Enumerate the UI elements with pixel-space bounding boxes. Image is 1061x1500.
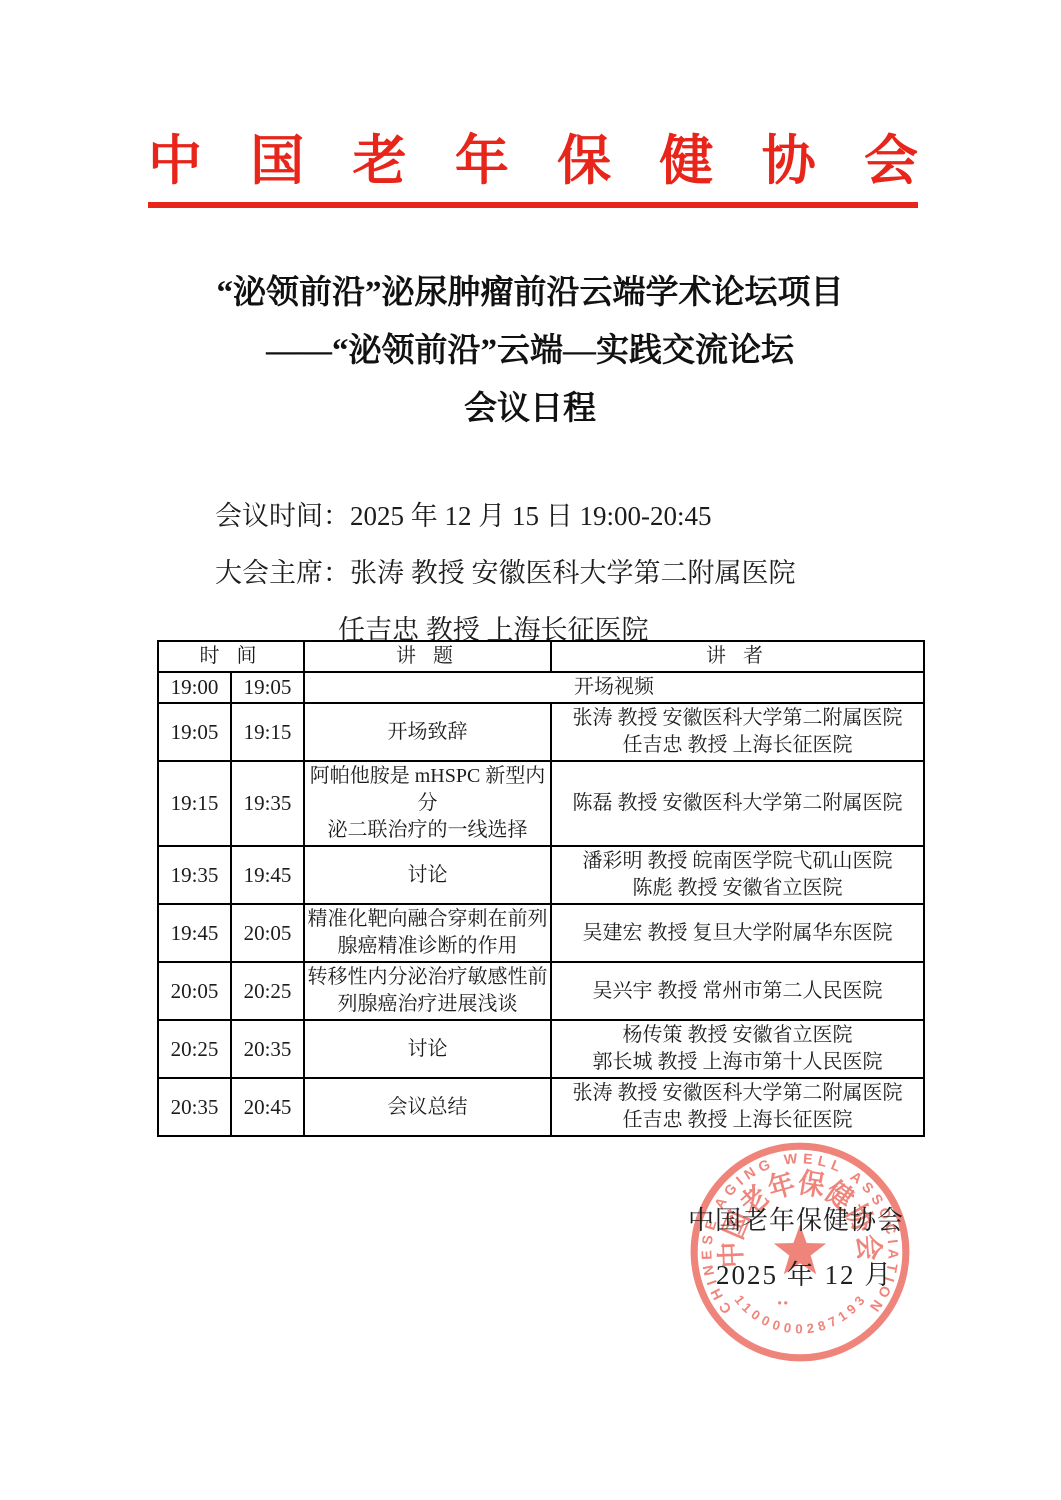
cell-topic: 精准化靶向融合穿刺在前列 腺癌精准诊断的作用 <box>304 904 551 962</box>
header-topic: 讲 题 <box>304 641 551 672</box>
cell-topic: 讨论 <box>304 846 551 904</box>
table-row: 19:45 20:05 精准化靶向融合穿刺在前列 腺癌精准诊断的作用 吴建宏 教… <box>158 904 924 962</box>
footer-org-name: 中国老年保健协会 <box>688 1200 904 1237</box>
cell-speaker: 张涛 教授 安徽医科大学第二附属医院 任吉忠 教授 上海长征医院 <box>551 1078 924 1136</box>
official-seal-stamp: CHINESE AGING WELL ASSOCIATION 110000028… <box>686 1138 914 1366</box>
cell-start-time: 19:45 <box>158 904 231 962</box>
cell-start-time: 19:35 <box>158 846 231 904</box>
cell-end-time: 19:45 <box>231 846 304 904</box>
cell-topic: 会议总结 <box>304 1078 551 1136</box>
cell-start-time: 19:05 <box>158 703 231 761</box>
table-row: 19:35 19:45 讨论 潘彩明 教授 皖南医学院弋矶山医院 陈彪 教授 安… <box>158 846 924 904</box>
cell-topic: 转移性内分泌治疗敏感性前 列腺癌治疗进展浅谈 <box>304 962 551 1020</box>
cell-speaker: 吴兴宇 教授 常州市第二人民医院 <box>551 962 924 1020</box>
cell-end-time: 20:25 <box>231 962 304 1020</box>
table-header-row: 时 间 讲 题 讲 者 <box>158 641 924 672</box>
title-line-3: 会议日程 <box>75 380 985 438</box>
meeting-time: 会议时间：2025 年 12 月 15 日 19:00-20:45 <box>215 494 712 533</box>
cell-speaker: 吴建宏 教授 复旦大学附属华东医院 <box>551 904 924 962</box>
seal-graphic: CHINESE AGING WELL ASSOCIATION 110000028… <box>686 1138 914 1366</box>
header-time: 时 间 <box>158 641 304 672</box>
table-row: 20:35 20:45 会议总结 张涛 教授 安徽医科大学第二附属医院 任吉忠 … <box>158 1078 924 1136</box>
document-page: 中国老年保健协会 “泌领前沿”泌尿肿瘤前沿云端学术论坛项目 ——“泌领前沿”云端… <box>0 0 1061 1500</box>
cell-topic: 阿帕他胺是 mHSPC 新型内分 泌二联治疗的一线选择 <box>304 761 551 846</box>
seal-dot <box>778 1301 781 1304</box>
cell-speaker: 杨传策 教授 安徽省立医院 郭长城 教授 上海市第十人民医院 <box>551 1020 924 1078</box>
document-title: “泌领前沿”泌尿肿瘤前沿云端学术论坛项目 ——“泌领前沿”云端—实践交流论坛 会… <box>75 264 985 438</box>
table-row: 20:25 20:35 讨论 杨传策 教授 安徽省立医院 郭长城 教授 上海市第… <box>158 1020 924 1078</box>
cell-speaker: 潘彩明 教授 皖南医学院弋矶山医院 陈彪 教授 安徽省立医院 <box>551 846 924 904</box>
seal-serial-wrap: 1100000287193 <box>731 1292 867 1336</box>
cell-merged-topic: 开场视频 <box>304 672 924 703</box>
agenda-table: 时 间 讲 题 讲 者 19:00 19:05 开场视频 19:05 19:15… <box>157 640 925 1137</box>
table-row: 20:05 20:25 转移性内分泌治疗敏感性前 列腺癌治疗进展浅谈 吴兴宇 教… <box>158 962 924 1020</box>
title-line-2: ——“泌领前沿”云端—实践交流论坛 <box>75 322 985 380</box>
cell-start-time: 19:00 <box>158 672 231 703</box>
cell-speaker: 张涛 教授 安徽医科大学第二附属医院 任吉忠 教授 上海长征医院 <box>551 703 924 761</box>
cell-end-time: 19:05 <box>231 672 304 703</box>
cell-topic: 讨论 <box>304 1020 551 1078</box>
table-row: 19:05 19:15 开场致辞 张涛 教授 安徽医科大学第二附属医院 任吉忠 … <box>158 703 924 761</box>
table-row: 19:15 19:35 阿帕他胺是 mHSPC 新型内分 泌二联治疗的一线选择 … <box>158 761 924 846</box>
cell-end-time: 20:45 <box>231 1078 304 1136</box>
title-line-1: “泌领前沿”泌尿肿瘤前沿云端学术论坛项目 <box>75 264 985 322</box>
cell-start-time: 20:35 <box>158 1078 231 1136</box>
cell-end-time: 20:35 <box>231 1020 304 1078</box>
cell-end-time: 19:35 <box>231 761 304 846</box>
cell-topic: 开场致辞 <box>304 703 551 761</box>
cell-end-time: 19:15 <box>231 703 304 761</box>
footer-date: 2025 年 12 月 <box>716 1253 893 1292</box>
seal-dot <box>784 1301 787 1304</box>
cell-start-time: 20:05 <box>158 962 231 1020</box>
cell-start-time: 19:15 <box>158 761 231 846</box>
cell-start-time: 20:25 <box>158 1020 231 1078</box>
header-speaker: 讲 者 <box>551 641 924 672</box>
cell-end-time: 20:05 <box>231 904 304 962</box>
chairman-line-1: 大会主席：张涛 教授 安徽医科大学第二附属医院 <box>215 551 796 590</box>
seal-serial-number: 1100000287193 <box>731 1292 867 1336</box>
table-row: 19:00 19:05 开场视频 <box>158 672 924 703</box>
cell-speaker: 陈磊 教授 安徽医科大学第二附属医院 <box>551 761 924 846</box>
letterhead-org-name: 中国老年保健协会 <box>148 126 918 208</box>
